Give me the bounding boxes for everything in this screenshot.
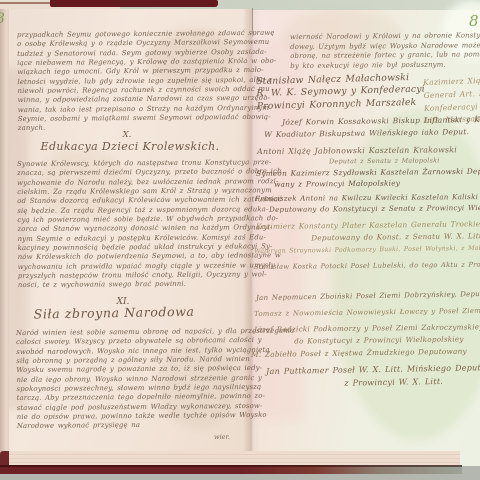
signature-jablonowski: Antoni Xiążę Jabłonowski Kasztelan Krako… <box>257 144 457 168</box>
page-stack-bottom-edge <box>8 451 460 466</box>
page-number-left: 3 <box>0 11 5 27</box>
article-xi-closing-text: wierność Narodowi y Królowi y na obronie… <box>290 31 480 72</box>
catchword: wier. <box>214 433 230 441</box>
article-x-text: Synowie Królewscy, których do następstwa… <box>17 158 250 290</box>
manuscript-line: Generał Art. Litt. y <box>423 86 480 102</box>
book-cover-bottom <box>0 465 462 474</box>
manuscript-line: Deputowany do Konst. z Senatu W. X. Litt… <box>311 230 480 244</box>
manuscript-photo: 3 przypadkach Seymu gotowego koniecznie … <box>0 0 480 480</box>
manuscript-line: Deputowany do Konstytucyi z Senatu z Pro… <box>269 203 480 216</box>
signature-radzicki: Józef Radzicki Podkomorzy y Poseł Ziemi … <box>254 321 480 347</box>
signature-malachowski: Stanisław Nałęcz MałachowskiR. W. K. Sey… <box>256 72 425 113</box>
manuscript-line: obronę, na strzeżenie fortec y granic, l… <box>290 50 480 62</box>
manuscript-line: wany z Prowincyi Małopolskiey <box>274 177 480 190</box>
signature-plater: Kazimierz Konstanty Plater Kasztelan Gen… <box>256 218 480 244</box>
article-x-title: Edukacya Dzieci Krolewskich. <box>17 140 243 153</box>
signature-kwilecki: Franciszek Antoni na Kwilczu Kwilecki Ka… <box>255 192 480 216</box>
book-cover-top <box>50 0 218 7</box>
page-stack-edge <box>0 9 9 455</box>
article-ix-ending-text: przypadkach Seymu gotowego koniecznie zw… <box>17 29 250 134</box>
signature-puttkamer: Jan Puttkamer Poseł W. X. Litt. Mińskieg… <box>266 360 480 391</box>
manuscript-line: z Prowincyi W. X. Litt. <box>344 373 480 390</box>
signature-kossakowski: Józef Korwin Kossakowski Biskup Inflants… <box>264 114 480 141</box>
page-number-right: 8 <box>469 12 479 30</box>
manuscript-line: Deputat z Senatu z Małopolski <box>329 155 457 167</box>
manuscript-line: by kto exekucyi iego nie był posłusznym. <box>290 60 480 72</box>
manuscript-line: ności, te z wychowania swego brać powinn… <box>18 280 250 291</box>
manuscript-line: do Konstytucyi z Prowincyi Wielkopolskie… <box>294 332 480 346</box>
signature-szydlowski: Symeon Kazimierz Szydłowski Kasztelan Ża… <box>256 166 480 190</box>
article-xi-text: Naród winien iest sobie samemu obronę od… <box>16 327 249 432</box>
article-x-numeral: X. <box>17 130 237 140</box>
